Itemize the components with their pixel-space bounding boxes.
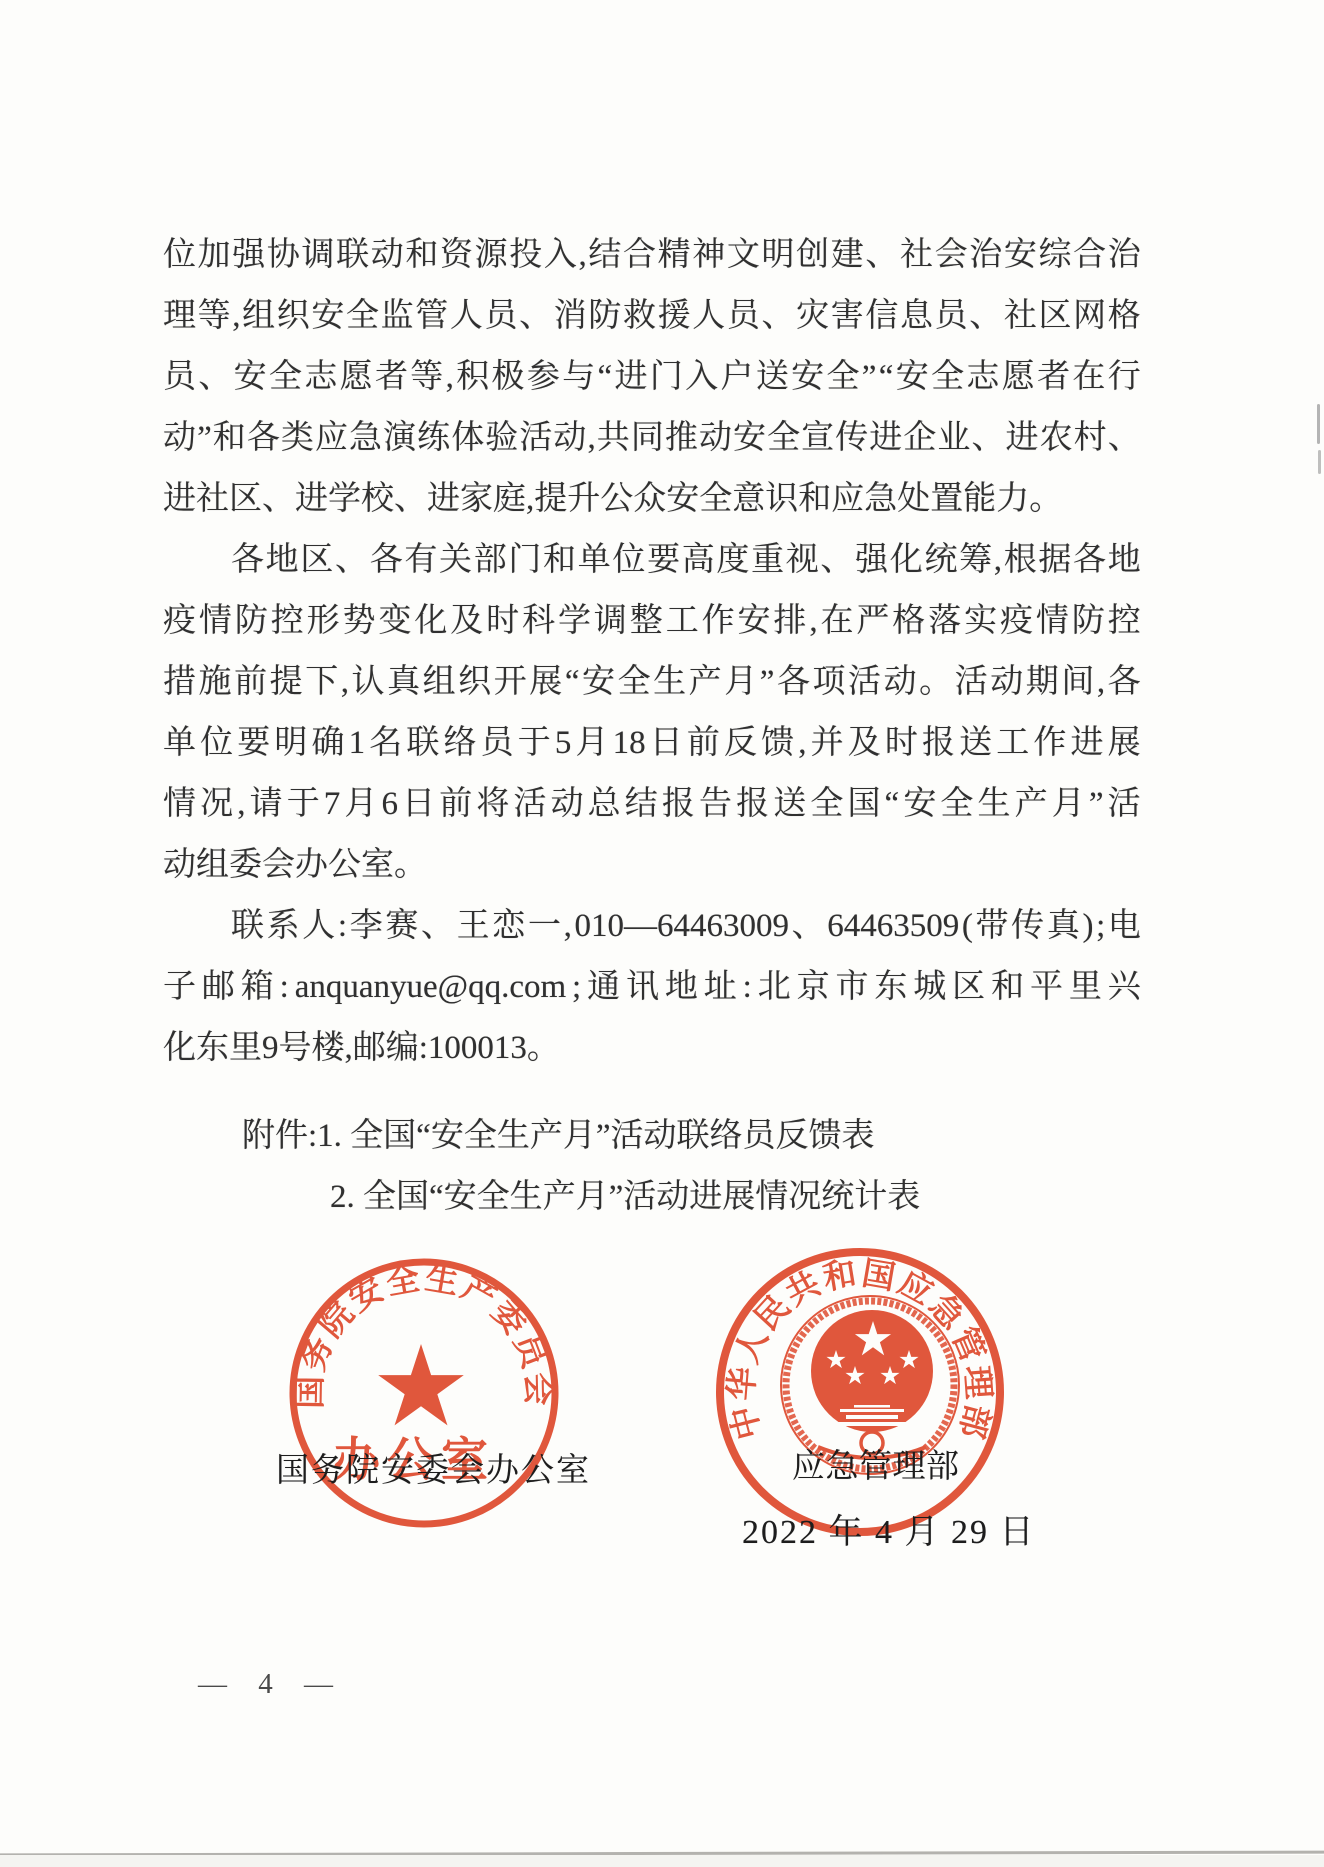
document-body: 位加强协调联动和资源投入,结合精神文明创建、社会治安综合治理等,组织安全监管人员…	[163, 225, 1141, 1079]
scan-edge-mark	[1317, 404, 1320, 444]
text-line: 措施前提下,认真组织开展“安全生产月”各项活动。活动期间,各	[163, 652, 1141, 713]
scan-edge-mark	[1318, 450, 1321, 474]
text-line: 附件:1. 全国“安全生产月”活动联络员反馈表	[163, 1106, 1141, 1167]
star-icon	[378, 1344, 464, 1425]
text-line: 化东里9号楼,邮编:100013。	[163, 1018, 1141, 1079]
text-line: 单位要明确1名联络员于5月18日前反馈,并及时报送工作进展	[163, 713, 1141, 774]
text-line: 各地区、各有关部门和单位要高度重视、强化统筹,根据各地	[163, 530, 1141, 591]
left-signature-caption: 国务院安委会办公室	[276, 1444, 591, 1491]
page-number: — 4 —	[198, 1668, 342, 1701]
document-date: 2022 年 4 月 29 日	[742, 1504, 1036, 1553]
attachment-list: 附件:1. 全国“安全生产月”活动联络员反馈表2. 全国“安全生产月”活动进展情…	[163, 1106, 1141, 1228]
scanned-document-page: 位加强协调联动和资源投入,结合精神文明创建、社会治安综合治理等,组织安全监管人员…	[0, 0, 1324, 1867]
left-official-seal: 国务院安全生产委员会 办公室	[274, 1243, 574, 1543]
scan-background-strip	[0, 1855, 1324, 1867]
text-line: 员、安全志愿者等,积极参与“进门入户送安全”“安全志愿者在行	[163, 347, 1141, 408]
text-line: 位加强协调联动和资源投入,结合精神文明创建、社会治安综合治	[163, 225, 1141, 286]
text-line: 疫情防控形势变化及时科学调整工作安排,在严格落实疫情防控	[163, 591, 1141, 652]
text-line: 理等,组织安全监管人员、消防救援人员、灾害信息员、社区网格	[163, 286, 1141, 347]
text-line: 子邮箱:anquanyue@qq.com;通讯地址:北京市东城区和平里兴	[163, 957, 1141, 1018]
text-line: 动组委会办公室。	[163, 835, 1141, 896]
right-signature-caption: 应急管理部	[792, 1440, 960, 1487]
text-line: 联系人:李赛、王恋一,010—64463009、64463509(带传真);电	[163, 896, 1141, 957]
text-line: 情况,请于7月6日前将活动总结报告报送全国“安全生产月”活	[163, 774, 1141, 835]
text-line: 动”和各类应急演练体验活动,共同推动安全宣传进企业、进农村、	[163, 408, 1141, 469]
text-line: 2. 全国“安全生产月”活动进展情况统计表	[163, 1167, 1141, 1228]
text-line: 进社区、进学校、进家庭,提升公众安全意识和应急处置能力。	[163, 469, 1141, 530]
